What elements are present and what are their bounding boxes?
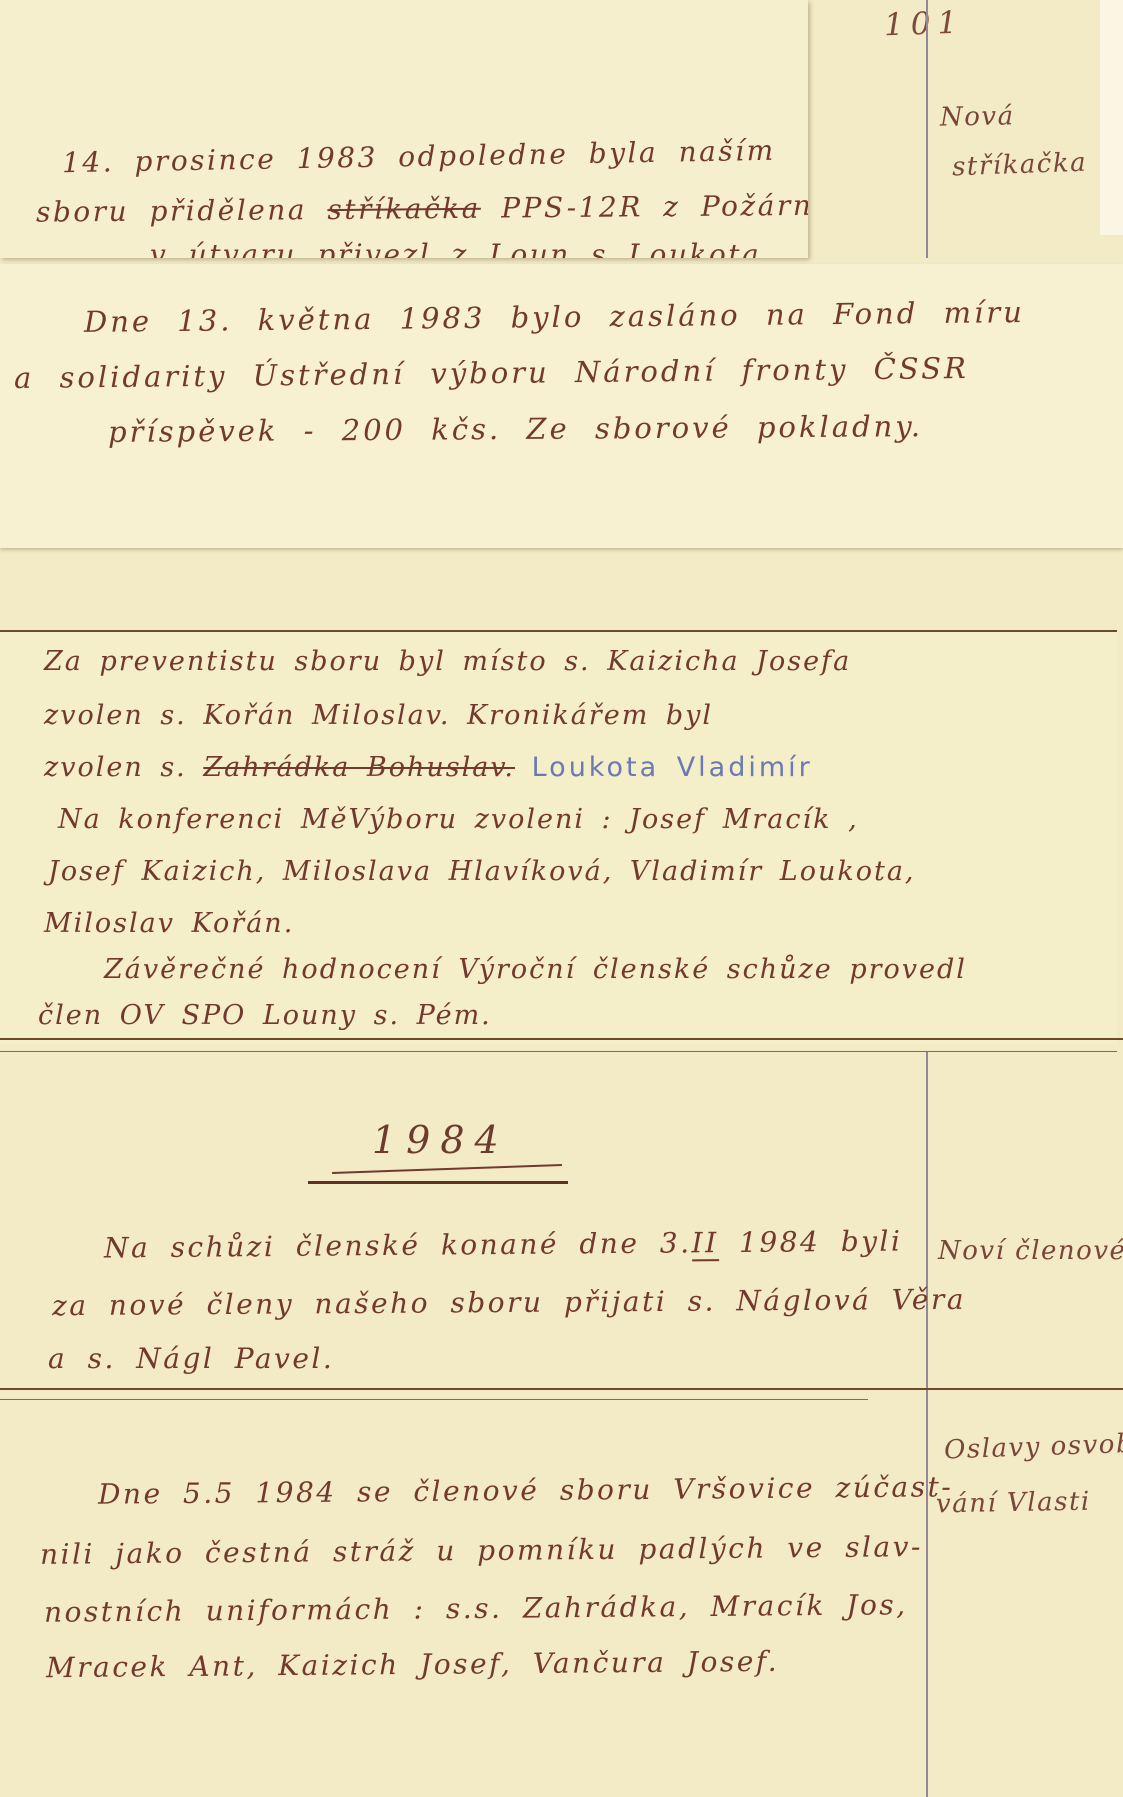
handwritten-line: nostních uniformách : s.s. Zahrádka, Mra…	[44, 1588, 908, 1629]
margin-note-oslavy: Oslavy osvob.	[944, 1429, 1123, 1466]
heading-underline	[308, 1181, 568, 1184]
margin-line-bottom	[926, 1052, 928, 1797]
page-edge-highlight	[1100, 0, 1123, 235]
chronicle-page: 101 Nová stříkačka 14. prosince 1983 odp…	[0, 0, 1123, 1797]
paper-slip-1: 14. prosince 1983 odpoledne byla naším s…	[0, 0, 808, 258]
slip-edge	[0, 1051, 1117, 1052]
handwritten-line: zvolen s. Zahrádka Bohuslav. Loukota Vla…	[44, 752, 813, 783]
page-number: 101	[883, 5, 964, 44]
handwritten-line: Josef Kaizich, Miloslava Hlavíková, Vlad…	[48, 856, 916, 887]
text-segment: 1984 byli	[719, 1225, 903, 1260]
struck-text: stříkačka	[327, 192, 481, 226]
text-segment: sboru přidělena	[36, 193, 328, 229]
handwritten-line: příspěvek - 200 kčs. Ze sborové pokladny…	[108, 409, 923, 449]
text-segment: PPS-12R z Požárního	[481, 188, 808, 224]
handwritten-line: Na konferenci MěVýboru zvoleni : Josef M…	[58, 804, 859, 835]
handwritten-line: Mracek Ant, Kaizich Josef, Vančura Josef…	[46, 1645, 779, 1684]
handwritten-line: Závěrečné hodnocení Výroční členské schů…	[104, 954, 967, 985]
margin-note-novi-clenove: Noví členové	[938, 1236, 1123, 1266]
blue-ink-correction: Loukota Vladimír	[532, 752, 813, 783]
margin-note-strikacka: stříkačka	[952, 148, 1088, 183]
paper-slip-3: Za preventistu sboru byl místo s. Kaizic…	[0, 630, 1117, 1044]
handwritten-line: za nové členy našeho sboru přijati s. Ná…	[52, 1283, 966, 1322]
paper-slip-2: Dne 13. května 1983 bylo zasláno na Fond…	[0, 264, 1123, 548]
handwritten-line: 14. prosince 1983 odpoledne byla naším	[62, 134, 776, 179]
margin-note-nova: Nová	[940, 101, 1015, 132]
handwritten-line: Za preventistu sboru byl místo s. Kaizic…	[44, 646, 851, 677]
handwritten-line: nili jako čestná stráž u pomníku padlých…	[40, 1530, 923, 1571]
slip-edge	[0, 1038, 1123, 1040]
year-heading: 1984	[372, 1118, 509, 1162]
handwritten-line-clipped: v útvaru přivezl z Loun s Loukota	[150, 238, 761, 258]
text-segment: zvolen s.	[44, 752, 203, 783]
text-segment: Na schůzi členské konané dne 3.	[104, 1226, 692, 1264]
handwritten-line: člen OV SPO Louny s. Pém.	[38, 1000, 492, 1031]
margin-note-oslavy2: vání Vlasti	[936, 1487, 1091, 1520]
margin-line-top	[926, 0, 928, 258]
handwritten-line: sboru přidělena stříkačka PPS-12R z Požá…	[36, 188, 808, 228]
handwritten-line: Na schůzi členské konané dne 3.II 1984 b…	[104, 1225, 903, 1265]
roman-numeral: II	[691, 1226, 718, 1261]
handwritten-line: zvolen s. Kořán Miloslav. Kronikářem byl	[44, 700, 713, 731]
slip-edge	[0, 1399, 868, 1400]
handwritten-line: Dne 13. května 1983 bylo zasláno na Fond…	[84, 295, 1025, 339]
handwritten-line: a s. Nágl Pavel.	[48, 1342, 334, 1375]
struck-text: Zahrádka Bohuslav.	[203, 752, 515, 783]
handwritten-line: Dne 5.5 1984 se členové sboru Vršovice z…	[98, 1470, 954, 1510]
handwritten-line: Miloslav Kořán.	[44, 908, 294, 939]
slip-edge	[0, 1388, 1123, 1390]
handwritten-line: a solidarity Ústřední výboru Národní fro…	[14, 351, 969, 395]
heading-underline	[332, 1164, 562, 1174]
